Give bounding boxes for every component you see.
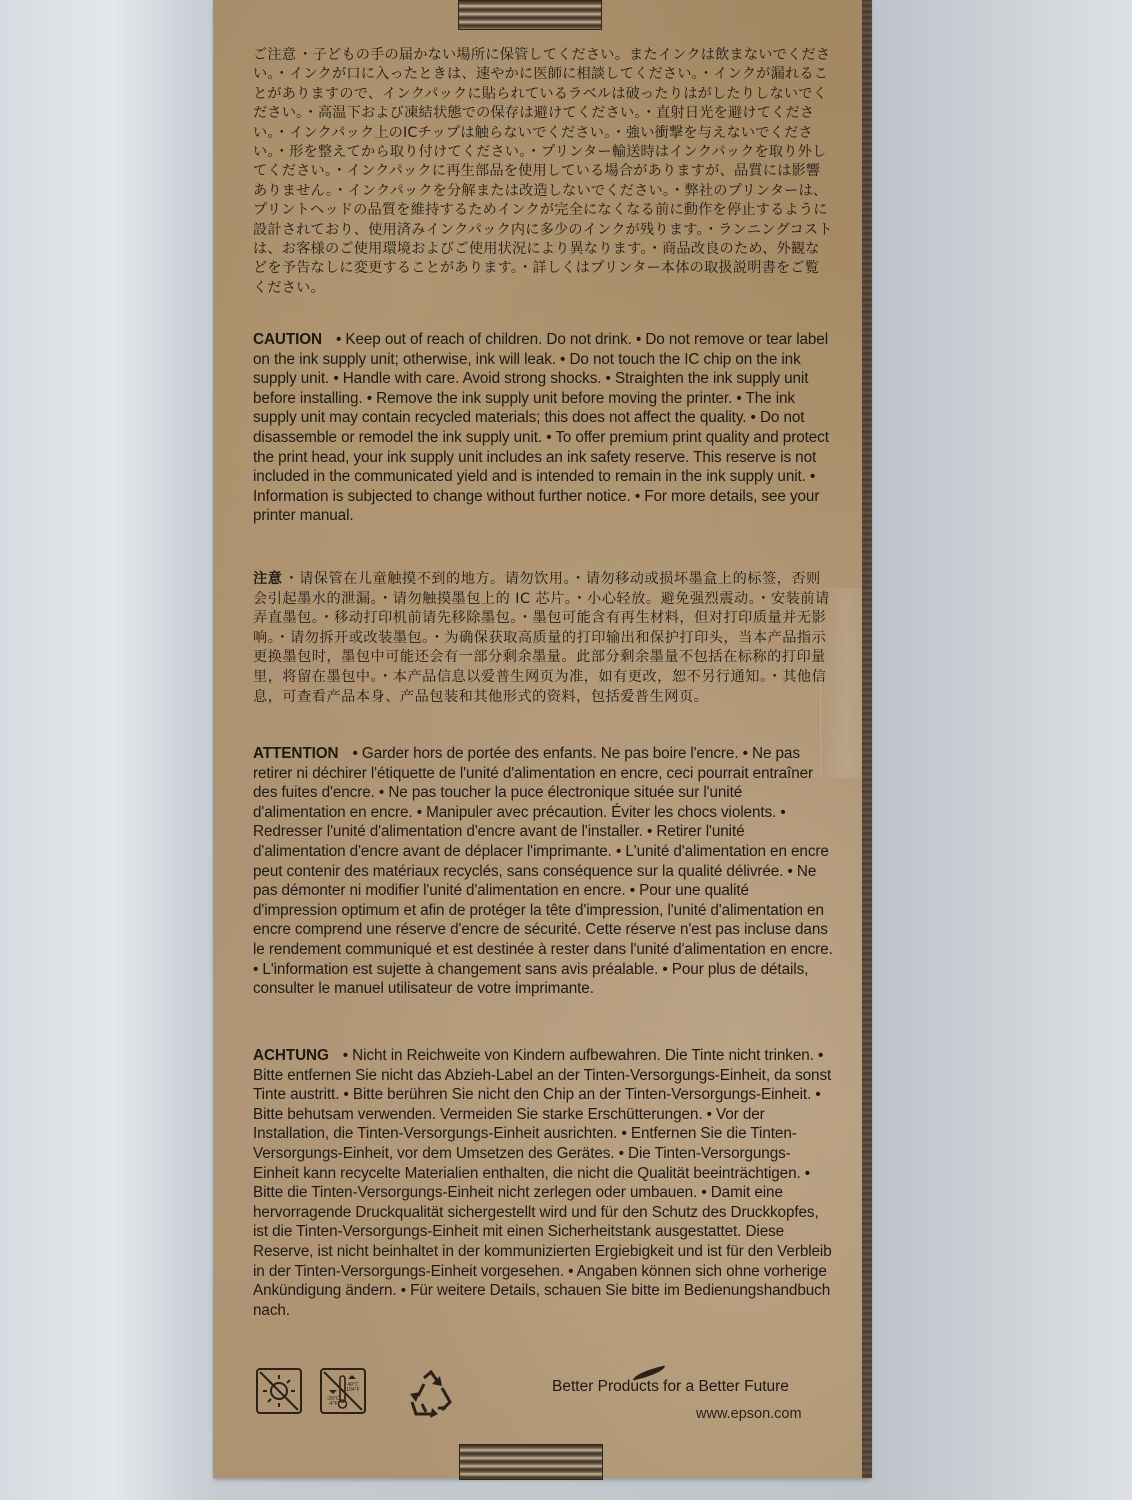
handle-slot-bottom xyxy=(459,1444,603,1480)
no-direct-sunlight-icon xyxy=(256,1368,302,1414)
chinese-caution: 注意・请保管在儿童触摸不到的地方。请勿饮用。・请勿移动或损坏墨盒上的标签，否则会… xyxy=(253,570,833,707)
english-caution: CAUTION• Keep out of reach of children. … xyxy=(253,330,833,526)
german-heading: ACHTUNG xyxy=(253,1047,329,1064)
french-caution: ATTENTION• Garder hors de portée des enf… xyxy=(253,744,833,999)
storage-temperature-icon: 40°C 104°F -20°C -4°F xyxy=(320,1368,366,1414)
recycle-icon xyxy=(404,1368,458,1422)
french-heading: ATTENTION xyxy=(253,745,339,762)
german-body: • Nicht in Reichweite von Kindern aufbew… xyxy=(253,1047,832,1319)
chinese-body: ・请保管在儿童触摸不到的地方。请勿饮用。・请勿移动或损坏墨盒上的标签，否则会引起… xyxy=(253,571,830,705)
svg-text:104°F: 104°F xyxy=(346,1387,359,1393)
german-caution: ACHTUNG• Nicht in Reichweite von Kindern… xyxy=(253,1046,833,1320)
svg-text:-4°F: -4°F xyxy=(328,1401,338,1407)
handle-slot-top xyxy=(458,0,602,30)
symbol-row: 40°C 104°F -20°C -4°F xyxy=(256,1368,476,1418)
japanese-body: ・子どもの手の届かない場所に保管してください。またインクは飲まないでください。・… xyxy=(253,47,833,296)
website-url: www.epson.com xyxy=(696,1406,802,1422)
japanese-caution: ご注意・子どもの手の届かない場所に保管してください。またインクは飲まないでくださ… xyxy=(253,46,833,298)
brand-slogan: Better Products for a Better Future xyxy=(552,1378,789,1396)
french-body: • Garder hors de portée des enfants. Ne … xyxy=(253,745,833,997)
japanese-heading: ご注意 xyxy=(253,47,296,63)
corrugated-edge xyxy=(862,0,872,1478)
english-heading: CAUTION xyxy=(253,331,322,348)
chinese-heading: 注意 xyxy=(253,571,282,587)
english-body: • Keep out of reach of children. Do not … xyxy=(253,331,829,524)
